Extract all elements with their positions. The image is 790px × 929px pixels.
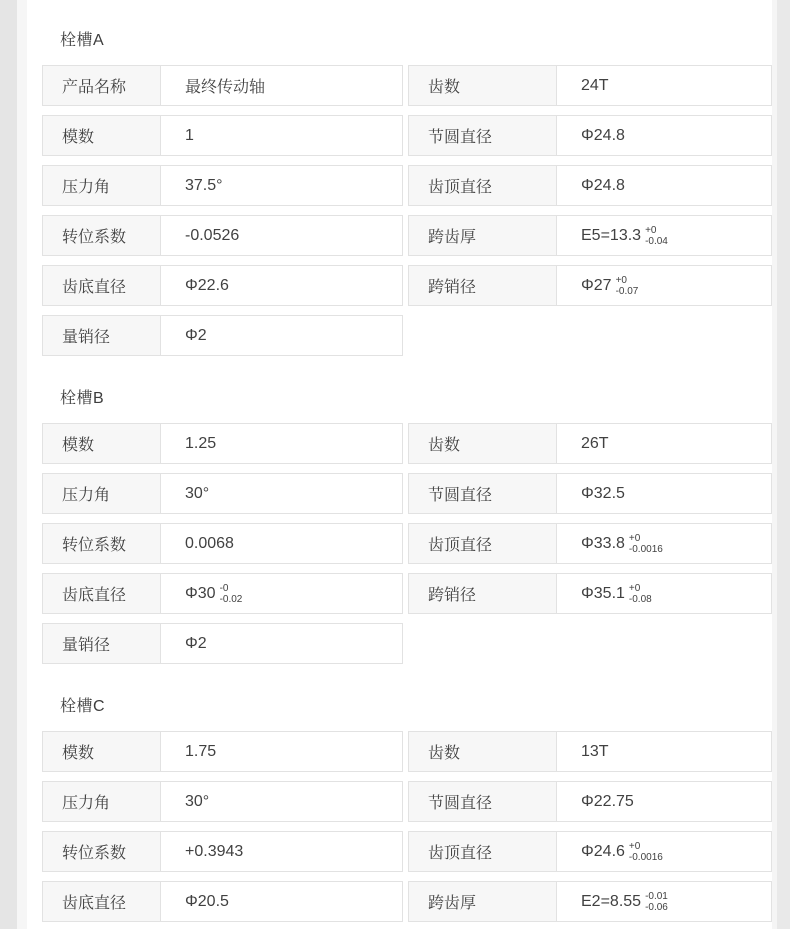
spec-value-text: 30° [185, 793, 209, 811]
spec-label: 跨销径 [409, 574, 557, 613]
spec-value: Φ24.8 [557, 116, 771, 155]
spec-row: 跨齿厚 E2=8.55 -0.01 -0.06 [408, 881, 772, 922]
spec-label: 齿底直径 [43, 266, 161, 305]
column-right: 齿数 13T 节圆直径 Φ22.75 齿顶直径 Φ24.6 +0 -0.0016… [408, 731, 772, 929]
spec-value-text: Φ32.5 [581, 485, 625, 503]
spec-value-text: Φ35.1 [581, 585, 625, 603]
spec-value: Φ35.1 +0 -0.08 [557, 574, 771, 613]
spec-value-text: -0.0526 [185, 227, 239, 245]
spec-value-text: 最终传动轴 [185, 74, 265, 97]
section-title: 栓槽A [60, 30, 772, 52]
spec-section: 栓槽B 模数 1.25 压力角 30° 转位系数 0.0068 齿底直径 Φ30… [42, 388, 772, 673]
spec-value-text: 1 [185, 127, 194, 145]
section-title: 栓槽B [60, 388, 772, 410]
section-columns: 模数 1.75 压力角 30° 转位系数 +0.3943 齿底直径 Φ20.5 … [42, 731, 772, 929]
tolerance-stack: -0 -0.02 [220, 583, 243, 605]
spec-row: 齿底直径 Φ30 -0 -0.02 [42, 573, 403, 614]
spec-label: 量销径 [43, 624, 161, 663]
tolerance-stack: +0 -0.0016 [629, 841, 663, 863]
spec-label: 压力角 [43, 166, 161, 205]
spec-value: Φ27 +0 -0.07 [557, 266, 771, 305]
spec-value: Φ32.5 [557, 474, 771, 513]
spec-label: 量销径 [43, 316, 161, 355]
spec-value: 13T [557, 732, 771, 771]
section-columns: 模数 1.25 压力角 30° 转位系数 0.0068 齿底直径 Φ30 -0 … [42, 423, 772, 673]
tolerance-lower: -0.06 [645, 902, 668, 913]
spec-label: 跨齿厚 [409, 882, 557, 921]
tolerance-lower: -0.08 [629, 594, 652, 605]
tolerance-upper: +0 [629, 533, 663, 544]
spec-value-text: 0.0068 [185, 535, 234, 553]
spec-value: Φ22.6 [161, 266, 402, 305]
spec-label: 压力角 [43, 782, 161, 821]
spec-label: 模数 [43, 424, 161, 463]
spec-row: 齿数 13T [408, 731, 772, 772]
spec-value: Φ22.75 [557, 782, 771, 821]
spec-value: Φ20.5 [161, 882, 402, 921]
spec-label: 转位系数 [43, 524, 161, 563]
spec-row: 齿数 26T [408, 423, 772, 464]
tolerance-upper: +0 [629, 583, 652, 594]
spec-value: Φ24.6 +0 -0.0016 [557, 832, 771, 871]
spec-value-text: +0.3943 [185, 843, 243, 861]
page-edge-left [0, 0, 30, 929]
spec-row: 齿顶直径 Φ24.6 +0 -0.0016 [408, 831, 772, 872]
column-right: 齿数 24T 节圆直径 Φ24.8 齿顶直径 Φ24.8 跨齿厚 E5=13.3… [408, 65, 772, 315]
spec-value-text: Φ24.6 [581, 843, 625, 861]
spec-row: 齿顶直径 Φ33.8 +0 -0.0016 [408, 523, 772, 564]
spec-row: 跨齿厚 E5=13.3 +0 -0.04 [408, 215, 772, 256]
spec-row: 节圆直径 Φ32.5 [408, 473, 772, 514]
spec-label: 转位系数 [43, 832, 161, 871]
tolerance-upper: +0 [629, 841, 663, 852]
tolerance-stack: +0 -0.0016 [629, 533, 663, 555]
section-title: 栓槽C [60, 696, 772, 718]
tolerance-lower: -0.02 [220, 594, 243, 605]
spec-value: -0.0526 [161, 216, 402, 255]
spec-value: 30° [161, 782, 402, 821]
spec-value-text: 13T [581, 743, 609, 761]
spec-label: 齿顶直径 [409, 166, 557, 205]
spec-row: 齿底直径 Φ20.5 [42, 881, 403, 922]
spec-value: Φ24.8 [557, 166, 771, 205]
spec-value: 30° [161, 474, 402, 513]
spec-value: 37.5° [161, 166, 402, 205]
spec-value: Φ33.8 +0 -0.0016 [557, 524, 771, 563]
column-right: 齿数 26T 节圆直径 Φ32.5 齿顶直径 Φ33.8 +0 -0.0016 … [408, 423, 772, 623]
spec-row: 模数 1.25 [42, 423, 403, 464]
tolerance-upper: +0 [645, 225, 668, 236]
page-edge-right [771, 0, 790, 929]
spec-label: 产品名称 [43, 66, 161, 105]
spec-row: 齿数 24T [408, 65, 772, 106]
column-left: 产品名称 最终传动轴 模数 1 压力角 37.5° 转位系数 -0.0526 齿… [42, 65, 403, 365]
spec-label: 齿底直径 [43, 882, 161, 921]
spec-value: E2=8.55 -0.01 -0.06 [557, 882, 771, 921]
spec-value: 0.0068 [161, 524, 402, 563]
spec-value: 24T [557, 66, 771, 105]
spec-value-text: 30° [185, 485, 209, 503]
tolerance-stack: +0 -0.08 [629, 583, 652, 605]
spec-label: 齿数 [409, 66, 557, 105]
spec-row: 齿底直径 Φ22.6 [42, 265, 403, 306]
spec-label: 节圆直径 [409, 474, 557, 513]
spec-section: 栓槽C 模数 1.75 压力角 30° 转位系数 +0.3943 齿底直径 Φ2… [42, 696, 772, 929]
spec-value: Φ2 [161, 316, 402, 355]
spec-sheet: 栓槽A 产品名称 最终传动轴 模数 1 压力角 37.5° 转位系数 -0.05… [42, 30, 772, 929]
spec-row: 转位系数 -0.0526 [42, 215, 403, 256]
spec-row: 跨销径 Φ35.1 +0 -0.08 [408, 573, 772, 614]
spec-row: 节圆直径 Φ24.8 [408, 115, 772, 156]
spec-label: 跨齿厚 [409, 216, 557, 255]
spec-label: 齿数 [409, 424, 557, 463]
spec-label: 齿顶直径 [409, 524, 557, 563]
tolerance-lower: -0.0016 [629, 544, 663, 555]
spec-row: 量销径 Φ2 [42, 315, 403, 356]
spec-label: 齿底直径 [43, 574, 161, 613]
spec-value: E5=13.3 +0 -0.04 [557, 216, 771, 255]
spec-label: 跨销径 [409, 266, 557, 305]
spec-value: 最终传动轴 [161, 66, 402, 105]
spec-value-text: Φ24.8 [581, 127, 625, 145]
spec-value: 1 [161, 116, 402, 155]
spec-value-text: Φ2 [185, 635, 207, 653]
spec-label: 节圆直径 [409, 116, 557, 155]
spec-value-text: 26T [581, 435, 609, 453]
spec-row: 产品名称 最终传动轴 [42, 65, 403, 106]
spec-row: 模数 1.75 [42, 731, 403, 772]
spec-row: 跨销径 Φ27 +0 -0.07 [408, 265, 772, 306]
spec-value-text: Φ24.8 [581, 177, 625, 195]
tolerance-lower: -0.07 [616, 286, 639, 297]
spec-value-text: Φ30 [185, 585, 216, 603]
spec-value-text: 37.5° [185, 177, 223, 195]
tolerance-upper: +0 [616, 275, 639, 286]
section-columns: 产品名称 最终传动轴 模数 1 压力角 37.5° 转位系数 -0.0526 齿… [42, 65, 772, 365]
tolerance-stack: +0 -0.04 [645, 225, 668, 247]
spec-value-text: Φ20.5 [185, 893, 229, 911]
spec-value-text: E5=13.3 [581, 227, 641, 245]
tolerance-stack: +0 -0.07 [616, 275, 639, 297]
tolerance-upper: -0 [220, 583, 243, 594]
tolerance-stack: -0.01 -0.06 [645, 891, 668, 913]
spec-value-text: E2=8.55 [581, 893, 641, 911]
spec-row: 压力角 37.5° [42, 165, 403, 206]
spec-label: 转位系数 [43, 216, 161, 255]
spec-value-text: Φ22.6 [185, 277, 229, 295]
spec-label: 压力角 [43, 474, 161, 513]
spec-value: Φ30 -0 -0.02 [161, 574, 402, 613]
spec-value: 1.75 [161, 732, 402, 771]
spec-value-text: 1.25 [185, 435, 216, 453]
spec-value-text: 1.75 [185, 743, 216, 761]
tolerance-lower: -0.04 [645, 236, 668, 247]
spec-section: 栓槽A 产品名称 最终传动轴 模数 1 压力角 37.5° 转位系数 -0.05… [42, 30, 772, 365]
spec-value-text: Φ33.8 [581, 535, 625, 553]
spec-label: 齿顶直径 [409, 832, 557, 871]
spec-row: 转位系数 +0.3943 [42, 831, 403, 872]
spec-row: 压力角 30° [42, 473, 403, 514]
spec-row: 量销径 Φ2 [42, 623, 403, 664]
spec-value-text: Φ22.75 [581, 793, 634, 811]
spec-row: 转位系数 0.0068 [42, 523, 403, 564]
spec-row: 齿顶直径 Φ24.8 [408, 165, 772, 206]
spec-value-text: Φ27 [581, 277, 612, 295]
tolerance-lower: -0.0016 [629, 852, 663, 863]
tolerance-upper: -0.01 [645, 891, 668, 902]
spec-value: 1.25 [161, 424, 402, 463]
column-left: 模数 1.75 压力角 30° 转位系数 +0.3943 齿底直径 Φ20.5 [42, 731, 403, 929]
spec-value: Φ2 [161, 624, 402, 663]
spec-row: 模数 1 [42, 115, 403, 156]
column-left: 模数 1.25 压力角 30° 转位系数 0.0068 齿底直径 Φ30 -0 … [42, 423, 403, 673]
spec-label: 模数 [43, 732, 161, 771]
spec-label: 节圆直径 [409, 782, 557, 821]
spec-value-text: Φ2 [185, 327, 207, 345]
spec-value: 26T [557, 424, 771, 463]
spec-value: +0.3943 [161, 832, 402, 871]
spec-label: 模数 [43, 116, 161, 155]
spec-row: 节圆直径 Φ22.75 [408, 781, 772, 822]
spec-value-text: 24T [581, 77, 609, 95]
spec-row: 压力角 30° [42, 781, 403, 822]
spec-label: 齿数 [409, 732, 557, 771]
